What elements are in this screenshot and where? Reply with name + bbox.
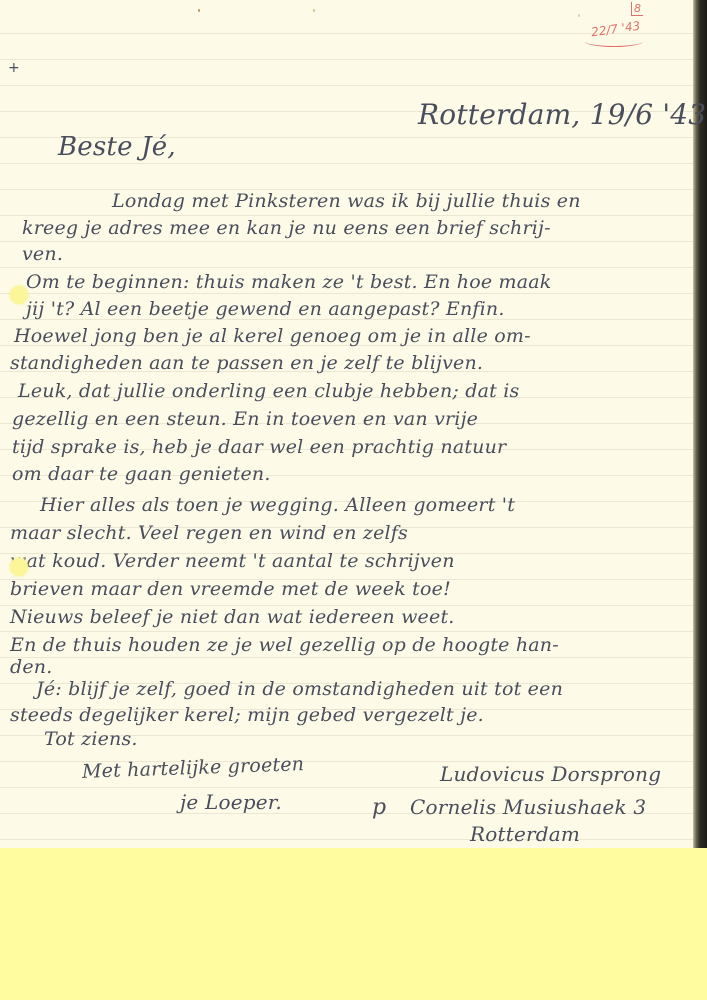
body-line: Nieuws beleef je niet dan wat iedereen w… <box>10 606 455 628</box>
paper-speck <box>313 9 315 12</box>
body-line: tijd sprake is, heb je daar wel een prac… <box>12 436 506 458</box>
archive-underline <box>585 36 643 47</box>
place-date: Rotterdam, 19/6 '43 <box>418 98 706 131</box>
body-line: En de thuis houden ze je wel gezellig op… <box>10 634 559 656</box>
body-line: Leuk, dat jullie onderling een clubje he… <box>18 380 519 402</box>
body-line: maar slecht. Veel regen en wind en zelfs <box>10 522 408 544</box>
body-line: standigheden aan te passen en je zelf te… <box>10 352 483 374</box>
margin-cross-icon: + <box>8 60 20 76</box>
sender-city: Rotterdam <box>470 822 580 846</box>
body-line: kreeg je adres mee en kan je nu eens een… <box>22 217 551 239</box>
paper-speck <box>578 14 580 17</box>
body-line: jij 't? Al een beetje gewend en aangepas… <box>26 298 505 320</box>
body-line: brieven maar den vreemde met de week toe… <box>10 578 451 600</box>
body-line: Tot ziens. <box>44 728 138 750</box>
salutation: Beste Jé, <box>58 132 176 162</box>
paper-speck <box>198 9 200 12</box>
archive-stamp: 8 22/7 '43 <box>583 0 663 60</box>
body-line: Londag met Pinksteren was ik bij jullie … <box>112 190 581 212</box>
yellow-backing-sheet <box>0 848 707 1000</box>
archive-number: 8 <box>631 2 643 16</box>
body-line: ven. <box>22 243 63 265</box>
body-line: Om te beginnen: thuis maken ze 't best. … <box>26 271 552 293</box>
body-line: Hier alles als toen je wegging. Alleen g… <box>40 494 515 516</box>
body-line: steeds degelijker kerel; mijn gebed verg… <box>10 704 484 726</box>
body-line: Hoewel jong ben je al kerel genoeg om je… <box>14 325 531 347</box>
closing-name: je Loeper. <box>180 790 282 814</box>
sender-prefix: p <box>372 795 386 820</box>
sender-street: Cornelis Musiushaek 3 <box>410 795 646 819</box>
body-line: Jé: blijf je zelf, goed in de omstandigh… <box>36 678 563 700</box>
body-line: wat koud. Verder neemt 't aantal te schr… <box>10 550 455 572</box>
body-line: gezellig en een steun. En in toeven en v… <box>12 408 478 430</box>
yellow-dot-marker <box>10 558 28 576</box>
sender-name: Ludovicus Dorsprong <box>440 762 661 786</box>
body-line: om daar te gaan genieten. <box>12 463 271 485</box>
yellow-dot-marker <box>10 286 28 304</box>
body-line: den. <box>10 656 52 678</box>
